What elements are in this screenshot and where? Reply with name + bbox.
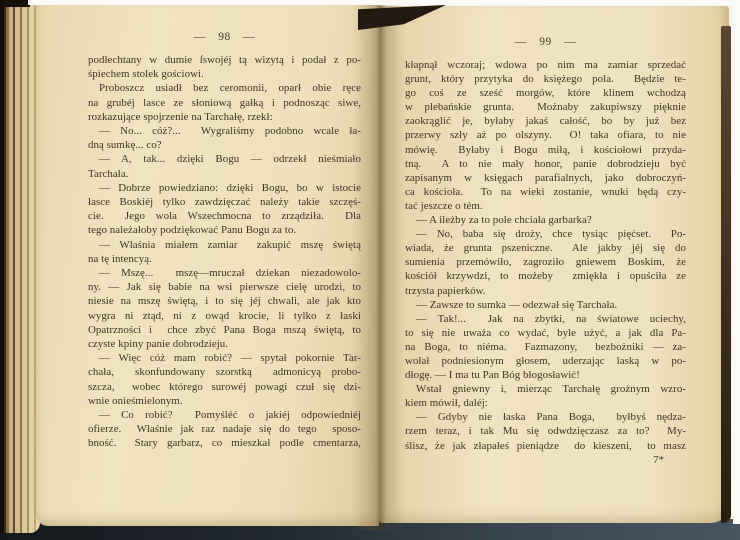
text-line: sumienia przemówiło, zagroziło gniewem B…: [405, 255, 686, 269]
text-line: ca kościoła. To na wieki zostanie, wnuki…: [405, 185, 686, 199]
text-line: na grubéj lasce ze słoniową gałką i podn…: [88, 96, 361, 110]
page-number-right: — 99 —: [405, 36, 686, 48]
text-line: mówię. Byłaby i Bogu miłą, i kościołowi …: [405, 143, 686, 157]
cover-corner-top-left: [0, 0, 30, 7]
text-line: wnie onieśmielonym.: [88, 394, 361, 408]
text-line: — A ileżby za to pole chciała garbarka?: [405, 213, 686, 227]
text-line: Tarchała.: [88, 167, 361, 181]
text-line: to się nie uważa co wydać, byle użyć, a …: [405, 326, 686, 340]
text-line: — No, baba się droży, chce tysiąc pięćse…: [405, 227, 686, 241]
text-line: — Właśnia miałem zamiar zakupić mszę świ…: [88, 238, 361, 252]
text-line: Proboszcz usiadł bez ceromonii, oparł ob…: [88, 81, 361, 95]
text-line: kościół krzywdzi, to możeby zmiękła i op…: [405, 269, 686, 283]
text-line: przerwy szły aż po olszyny. O! taka ofia…: [405, 128, 686, 142]
text-line: kłapnął wczoraj; wdowa po nim ma zamiar …: [405, 58, 686, 72]
text-line: rozkazujące spojrzenie na Tarchałę, rzek…: [88, 110, 361, 124]
text-line: — Dobrze powiedziano: dzięki Bogu, bo w …: [88, 181, 361, 195]
text-line: zapisanym w księgach parafialnych, jako …: [405, 171, 686, 185]
text-line: tną. A to nie mały honor, panie dobrodzi…: [405, 157, 686, 171]
text-line: łasce Boskiéj tylko zawdzięczać należy t…: [88, 195, 361, 209]
text-line: niesie na mszę świętą, i to się jéj chwa…: [88, 294, 361, 308]
text-line: na Boga, to niéma. Fazmazony, bezbożniki…: [405, 340, 686, 354]
cover-edge-right: [721, 26, 731, 523]
text-line: szcza, wobec którego surowéj powagi czuł…: [88, 380, 361, 394]
text-line: — Mszę... mszę—mruczał dziekan niezadowo…: [88, 266, 361, 280]
text-line: tego należałoby podziękować Panu Bogu za…: [88, 223, 361, 237]
text-line: kiem mówił, daléj:: [405, 396, 686, 410]
text-line: — A, tak... dzięki Bogu — odrzekł nieśmi…: [88, 152, 361, 166]
background-top: [28, 0, 740, 5]
text-line: tać jeszcze o tém.: [405, 199, 686, 213]
text-line: rzem teraz, i tak Mu się odwdzięczasz za…: [405, 424, 686, 438]
text-line: — Tak!... Jak na zbytki, na światowe uci…: [405, 312, 686, 326]
text-column-right: kłapnął wczoraj; wdowa po nim ma zamiar …: [405, 58, 686, 467]
text-line: zaokrąglić je, byłaby jakaś całość, bo b…: [405, 114, 686, 128]
text-line: dłogę. — I ma tu Pan Bóg błogosławić!: [405, 368, 686, 382]
text-line: w plebańskie grunta. Możnaby zakupiwszy …: [405, 100, 686, 114]
text-line: czyste kpiny panie dobrodzieju.: [88, 337, 361, 351]
text-line: — Co robić? Pomyśléć o jakiéj odpowiedni…: [88, 408, 361, 422]
text-line: — Gdyby nie łaska Pana Boga, byłbyś nędz…: [405, 410, 686, 424]
text-line: ny. — Jak się babie na wsi pierwsze ciel…: [88, 280, 361, 294]
text-line: wygra ni ztąd, ni z owąd krocie, li tylk…: [88, 309, 361, 323]
text-line: Opatrzności i chce zbyć Pana Boga mszą ś…: [88, 323, 361, 337]
text-line: na tę intencyą.: [88, 252, 361, 266]
text-line: wołał podniesionym głosem, uderzając las…: [405, 354, 686, 368]
text-line: wiada, że grunta pszeniczne. Ale jakby j…: [405, 241, 686, 255]
text-line: bność. Stary garbarz, co mieszkał podle …: [88, 436, 361, 450]
text-line: ofierze. Właśnie jak raz nadaje się do t…: [88, 422, 361, 436]
text-line: cie. Jego wola Wszechmocna to zrządziła.…: [88, 209, 361, 223]
text-line: dną sumkę... co?: [88, 138, 361, 152]
text-line: ślisz, że jak złapałeś pieniądze do kies…: [405, 439, 686, 453]
page-edges-stack: [0, 0, 40, 533]
text-column-left: podłechtany w dumie ſswojéj tą wizytą i …: [88, 53, 361, 451]
text-line: trzysta papierków.: [405, 284, 686, 298]
text-line: śpiechem stolek gościowi.: [88, 67, 361, 81]
text-line: Wstał gniewny i, mierząc Tarchałę groźny…: [405, 382, 686, 396]
book-scan: — 98 — podłechtany w dumie ſswojéj tą wi…: [0, 0, 740, 540]
text-line: — Więc cóż mam robić? — spytał pokornie …: [88, 351, 361, 365]
text-line: go coś ze sześć morgów, które klinem wch…: [405, 86, 686, 100]
page-number-left: — 98 —: [88, 31, 361, 43]
text-line: chała, skonfundowany szorstką admonicyą …: [88, 365, 361, 379]
text-line: podłechtany w dumie ſswojéj tą wizytą i …: [88, 53, 361, 67]
signature-mark: 7*: [405, 453, 686, 467]
text-line: grunt, który przytyka do księżego pola. …: [405, 72, 686, 86]
text-line: — No... cóż?... Wygraliśmy podobno wcale…: [88, 124, 361, 138]
text-line: — Zawsze to sumka — odezwał się Tarchała…: [405, 298, 686, 312]
right-page-paragraphs: kłapnął wczoraj; wdowa po nim ma zamiar …: [405, 58, 686, 453]
background-right: [733, 0, 740, 524]
